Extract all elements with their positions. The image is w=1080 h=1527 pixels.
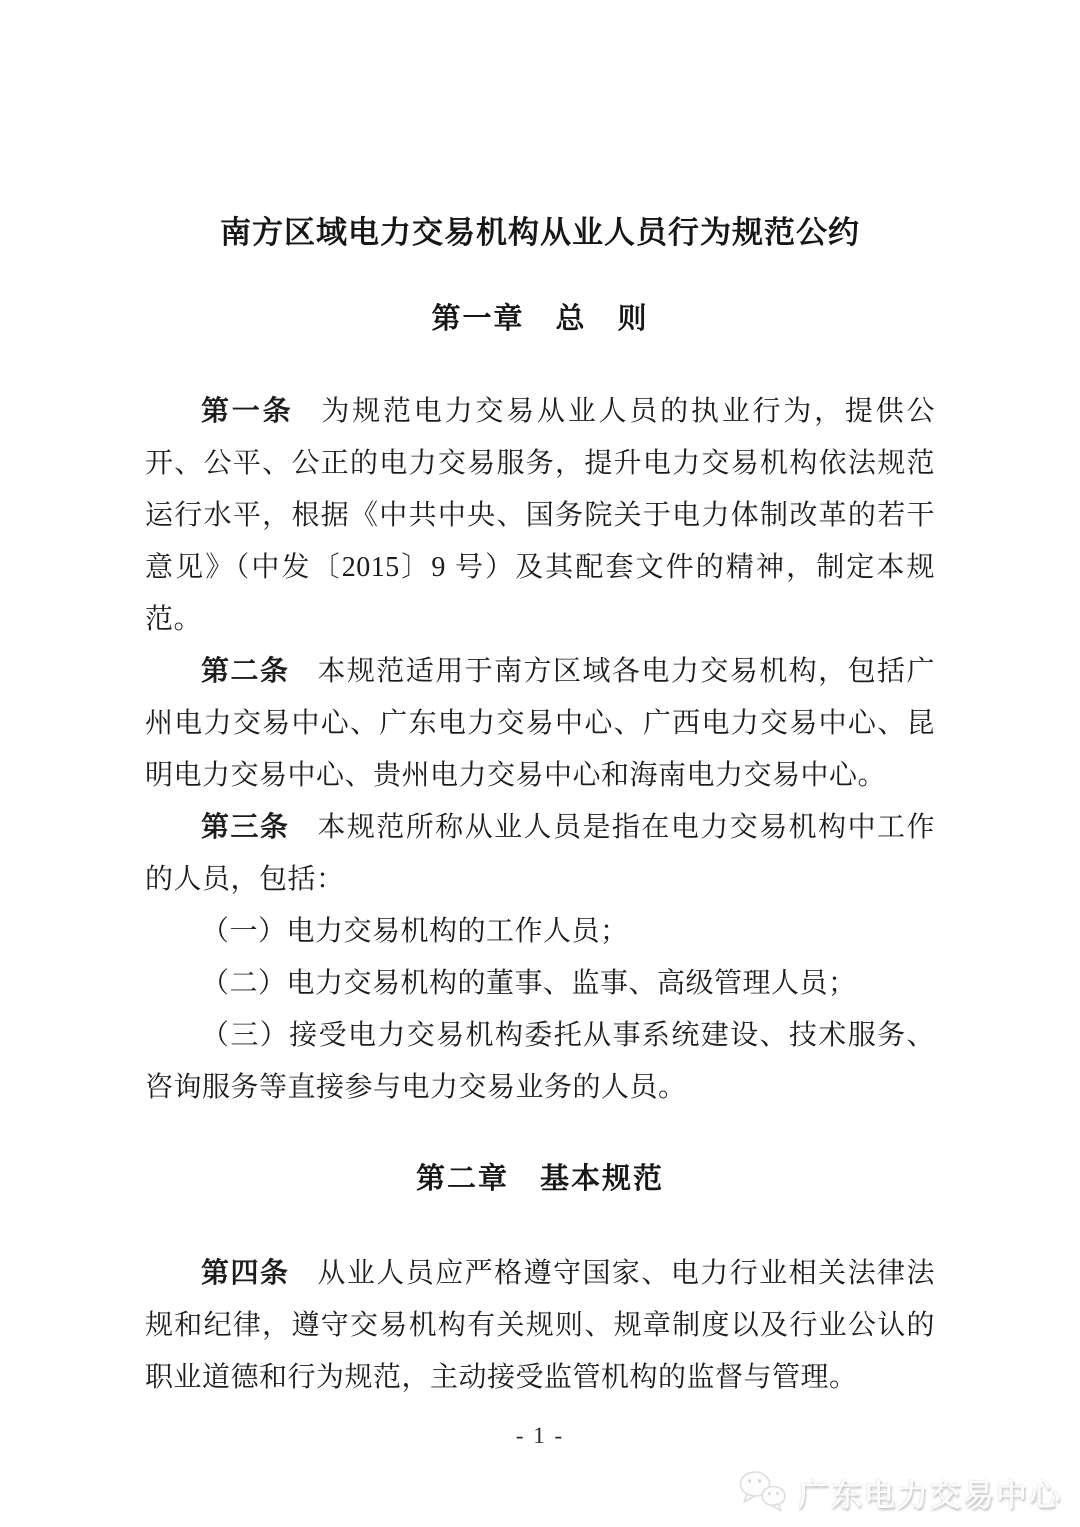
article-3-item-2: （二）电力交易机构的董事、监事、高级管理人员； <box>145 958 935 1010</box>
article-3-label: 第三条 <box>201 812 289 843</box>
document-page: 南方区域电力交易机构从业人员行为规范公约 第一章 总 则 第一条为规范电力交易从… <box>0 0 1080 1527</box>
article-4-label: 第四条 <box>201 1258 289 1289</box>
watermark-label: 广东电力交易中心 <box>798 1470 1062 1515</box>
article-3-item-1: （一）电力交易机构的工作人员； <box>145 906 935 958</box>
article-3-paragraph: 第三条本规范所称从业人员是指在电力交易机构中工作的人员，包括： <box>145 802 935 906</box>
article-2-paragraph: 第二条本规范适用于南方区域各电力交易机构，包括广州电力交易中心、广东电力交易中心… <box>145 646 935 802</box>
watermark: 广东电力交易中心 <box>736 1469 1062 1515</box>
chapter-2-heading: 第二章 基本规范 <box>145 1160 935 1198</box>
document-content: 南方区域电力交易机构从业人员行为规范公约 第一章 总 则 第一条为规范电力交易从… <box>0 0 1080 1404</box>
document-title: 南方区域电力交易机构从业人员行为规范公约 <box>145 212 935 254</box>
article-1-label: 第一条 <box>201 396 293 427</box>
article-3-item-3: （三）接受电力交易机构委托从事系统建设、技术服务、咨询服务等直接参与电力交易业务… <box>145 1010 935 1114</box>
article-1-paragraph: 第一条为规范电力交易从业人员的执业行为，提供公开、公平、公正的电力交易服务，提升… <box>145 386 935 646</box>
page-number: - 1 - <box>0 1423 1080 1449</box>
chapter-1-heading: 第一章 总 则 <box>145 300 935 338</box>
wechat-icon <box>736 1469 790 1515</box>
article-1-text: 为规范电力交易从业人员的执业行为，提供公开、公平、公正的电力交易服务，提升电力交… <box>145 396 935 635</box>
article-4-paragraph: 第四条从业人员应严格遵守国家、电力行业相关法律法规和纪律，遵守交易机构有关规则、… <box>145 1248 935 1404</box>
article-2-label: 第二条 <box>201 656 289 687</box>
